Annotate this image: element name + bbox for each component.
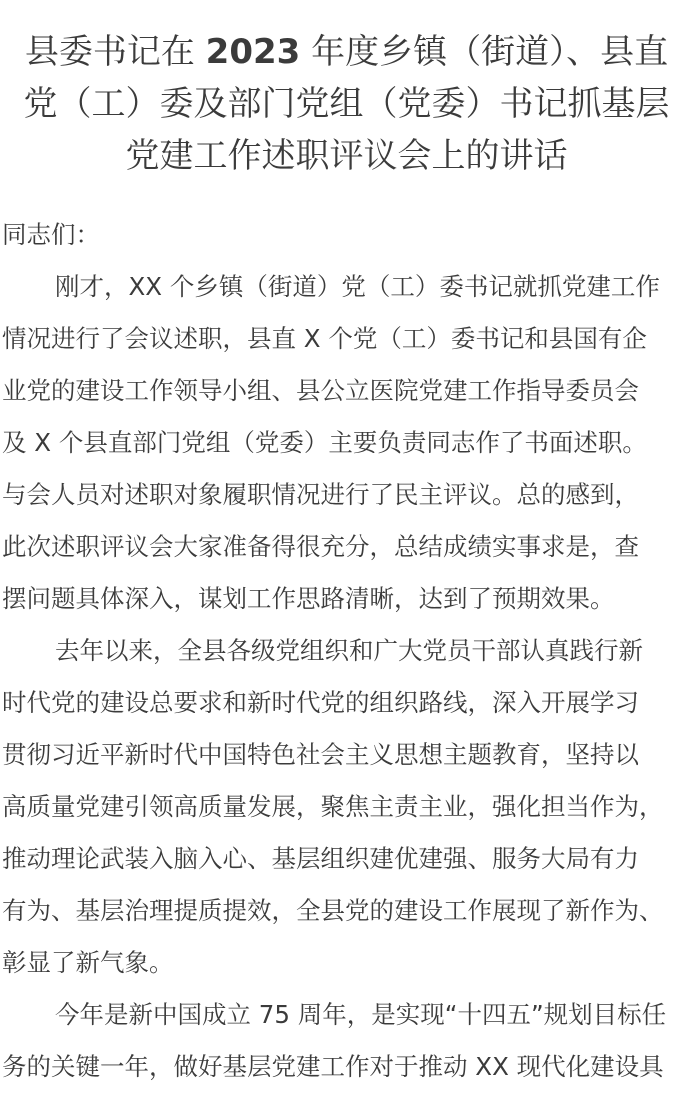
paragraph-line: 时代党的建设总要求和新时代党的组织路线，深入开展学习 xyxy=(2,677,693,729)
title-line-2: 党（工）委及部门党组（党委）书记抓基层 xyxy=(0,78,693,130)
paragraph-line: 去年以来，全县各级党组织和广大党员干部认真践行新 xyxy=(2,625,693,677)
salutation: 同志们： xyxy=(2,209,693,261)
paragraph-line: 务的关键一年，做好基层党建工作对于推动 XX 现代化建设具 xyxy=(2,1041,693,1093)
paragraph-line: 此次述职评议会大家准备得很充分，总结成绩实事求是，查 xyxy=(2,521,693,573)
paragraph-line: 情况进行了会议述职，县直 X 个党（工）委书记和县国有企 xyxy=(2,313,693,365)
paragraph-line: 今年是新中国成立 75 周年，是实现“十四五”规划目标任 xyxy=(2,989,693,1041)
paragraph-line: 与会人员对述职对象履职情况进行了民主评议。总的感到， xyxy=(2,469,693,521)
title-line-1: 县委书记在 2023 年度乡镇（街道）、县直 xyxy=(0,26,693,78)
paragraph-line: 业党的建设工作领导小组、县公立医院党建工作指导委员会 xyxy=(2,365,693,417)
paragraph-2: 去年以来，全县各级党组织和广大党员干部认真践行新 时代党的建设总要求和新时代党的… xyxy=(2,625,693,989)
paragraph-line: 有为、基层治理提质提效，全县党的建设工作展现了新作为、 xyxy=(2,885,693,937)
title-year: 2023 xyxy=(206,32,301,72)
document-title: 县委书记在 2023 年度乡镇（街道）、县直 党（工）委及部门党组（党委）书记抓… xyxy=(0,26,693,182)
paragraph-line: 高质量党建引领高质量发展，聚焦主责主业，强化担当作为， xyxy=(2,781,693,833)
paragraph-1: 刚才，XX 个乡镇（街道）党（工）委书记就抓党建工作 情况进行了会议述职，县直 … xyxy=(2,261,693,625)
paragraph-line: 推动理论武装入脑入心、基层组织建优建强、服务大局有力 xyxy=(2,833,693,885)
paragraph-line: 刚才，XX 个乡镇（街道）党（工）委书记就抓党建工作 xyxy=(2,261,693,313)
document-body: 同志们： 刚才，XX 个乡镇（街道）党（工）委书记就抓党建工作 情况进行了会议述… xyxy=(2,209,693,1093)
paragraph-line: 摆问题具体深入，谋划工作思路清晰，达到了预期效果。 xyxy=(2,573,693,625)
paragraph-line: 及 X 个县直部门党组（党委）主要负责同志作了书面述职。 xyxy=(2,417,693,469)
paragraph-line: 彰显了新气象。 xyxy=(2,937,693,989)
title-line-3: 党建工作述职评议会上的讲话 xyxy=(0,130,693,182)
paragraph-line: 贯彻习近平新时代中国特色社会主义思想主题教育，坚持以 xyxy=(2,729,693,781)
paragraph-3: 今年是新中国成立 75 周年，是实现“十四五”规划目标任 务的关键一年，做好基层… xyxy=(2,989,693,1093)
